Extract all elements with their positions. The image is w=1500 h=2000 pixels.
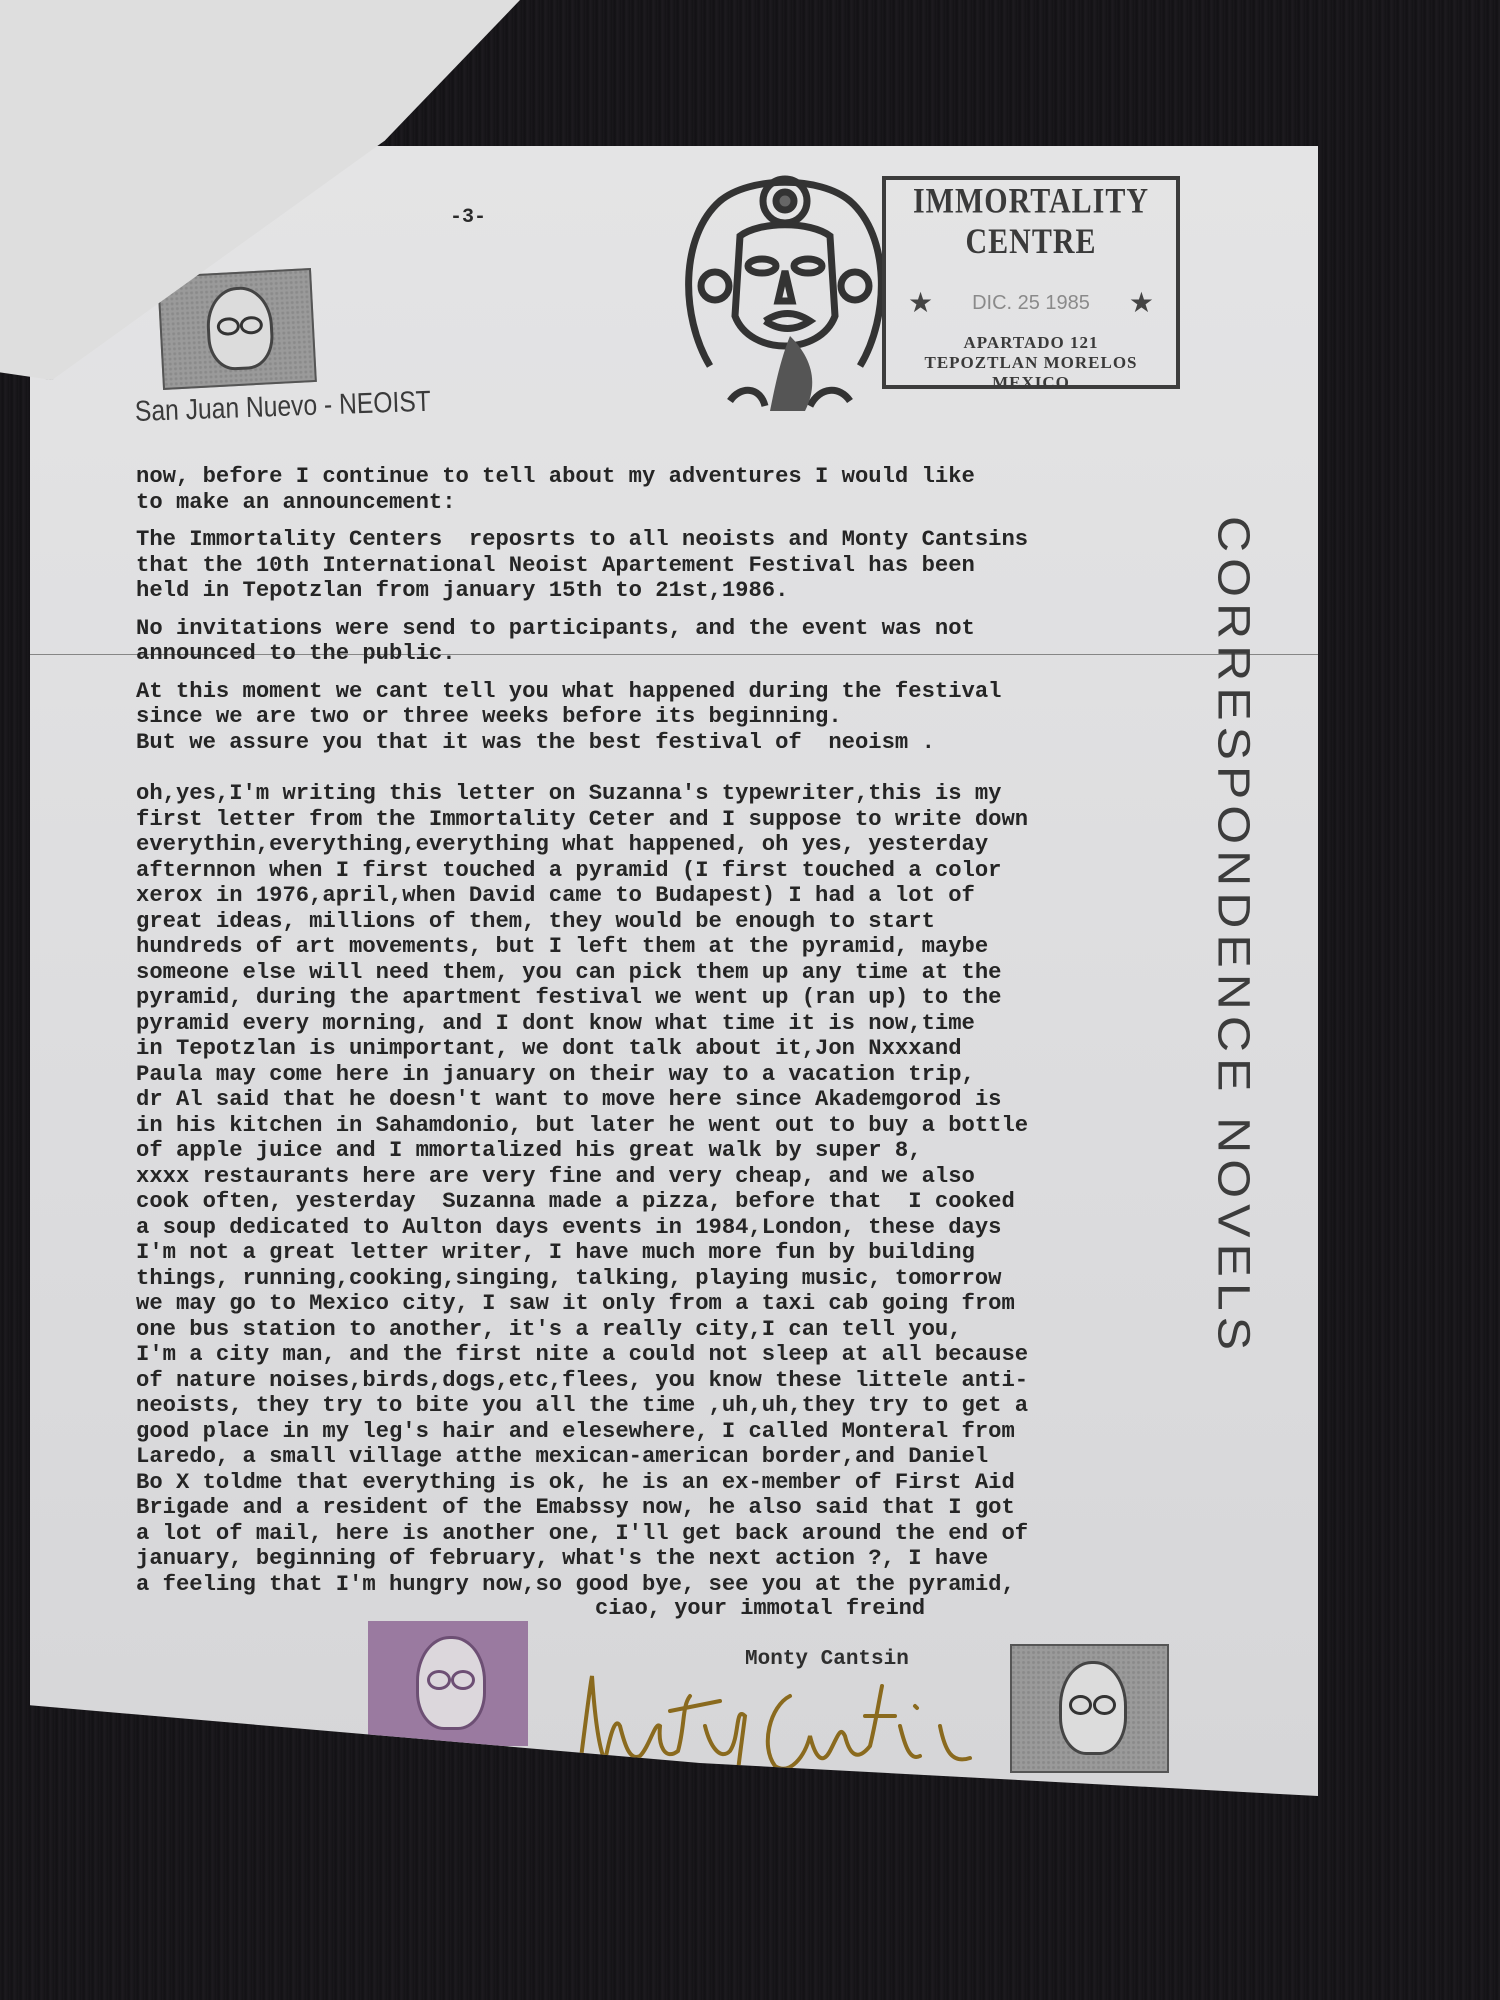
letter-paragraph: now, before I continue to tell about my … <box>136 464 1226 515</box>
star-icon: ★ <box>1129 286 1154 319</box>
stamp-address-line: MEXICO <box>886 373 1176 393</box>
stamp-address-line: TEPOZTLAN MORELOS <box>886 353 1176 373</box>
closing-line: ciao, your immotal freind <box>595 1596 925 1621</box>
immortality-centre-stamp: IMMORTALITY CENTRE ★ DIC. 25 1985 ★ APAR… <box>882 176 1180 389</box>
letter-paragraph: No invitations were send to participants… <box>136 616 1226 667</box>
page-number: -3- <box>450 206 486 229</box>
letter-paragraph: oh,yes,I'm writing this letter on Suzann… <box>136 781 1226 1597</box>
purple-mask-stamp-icon <box>368 1621 528 1746</box>
letter-paragraph: At this moment we cant tell you what hap… <box>136 679 1226 756</box>
letter-paragraph: The Immortality Centers reposrts to all … <box>136 527 1226 604</box>
letter-page: -3- IMMORTALITY CENTRE ★ DIC. 25 1985 ★ … <box>30 146 1318 1796</box>
aztec-head-stamp-icon <box>670 166 900 426</box>
handwritten-signature <box>560 1666 1010 1786</box>
location-line: San Juan Nuevo - NEOIST <box>134 386 431 429</box>
stamp-title: IMMORTALITY CENTRE <box>886 181 1176 263</box>
stamp-date: DIC. 25 1985 <box>972 292 1090 314</box>
side-title: CORRESPONDENCE NOVELS <box>1208 516 1260 1356</box>
letter-body: now, before I continue to tell about my … <box>136 464 1226 1609</box>
stamp-address-line: APARTADO 121 <box>886 333 1176 353</box>
mask-stamp-icon <box>1010 1644 1169 1773</box>
star-icon: ★ <box>908 286 933 319</box>
